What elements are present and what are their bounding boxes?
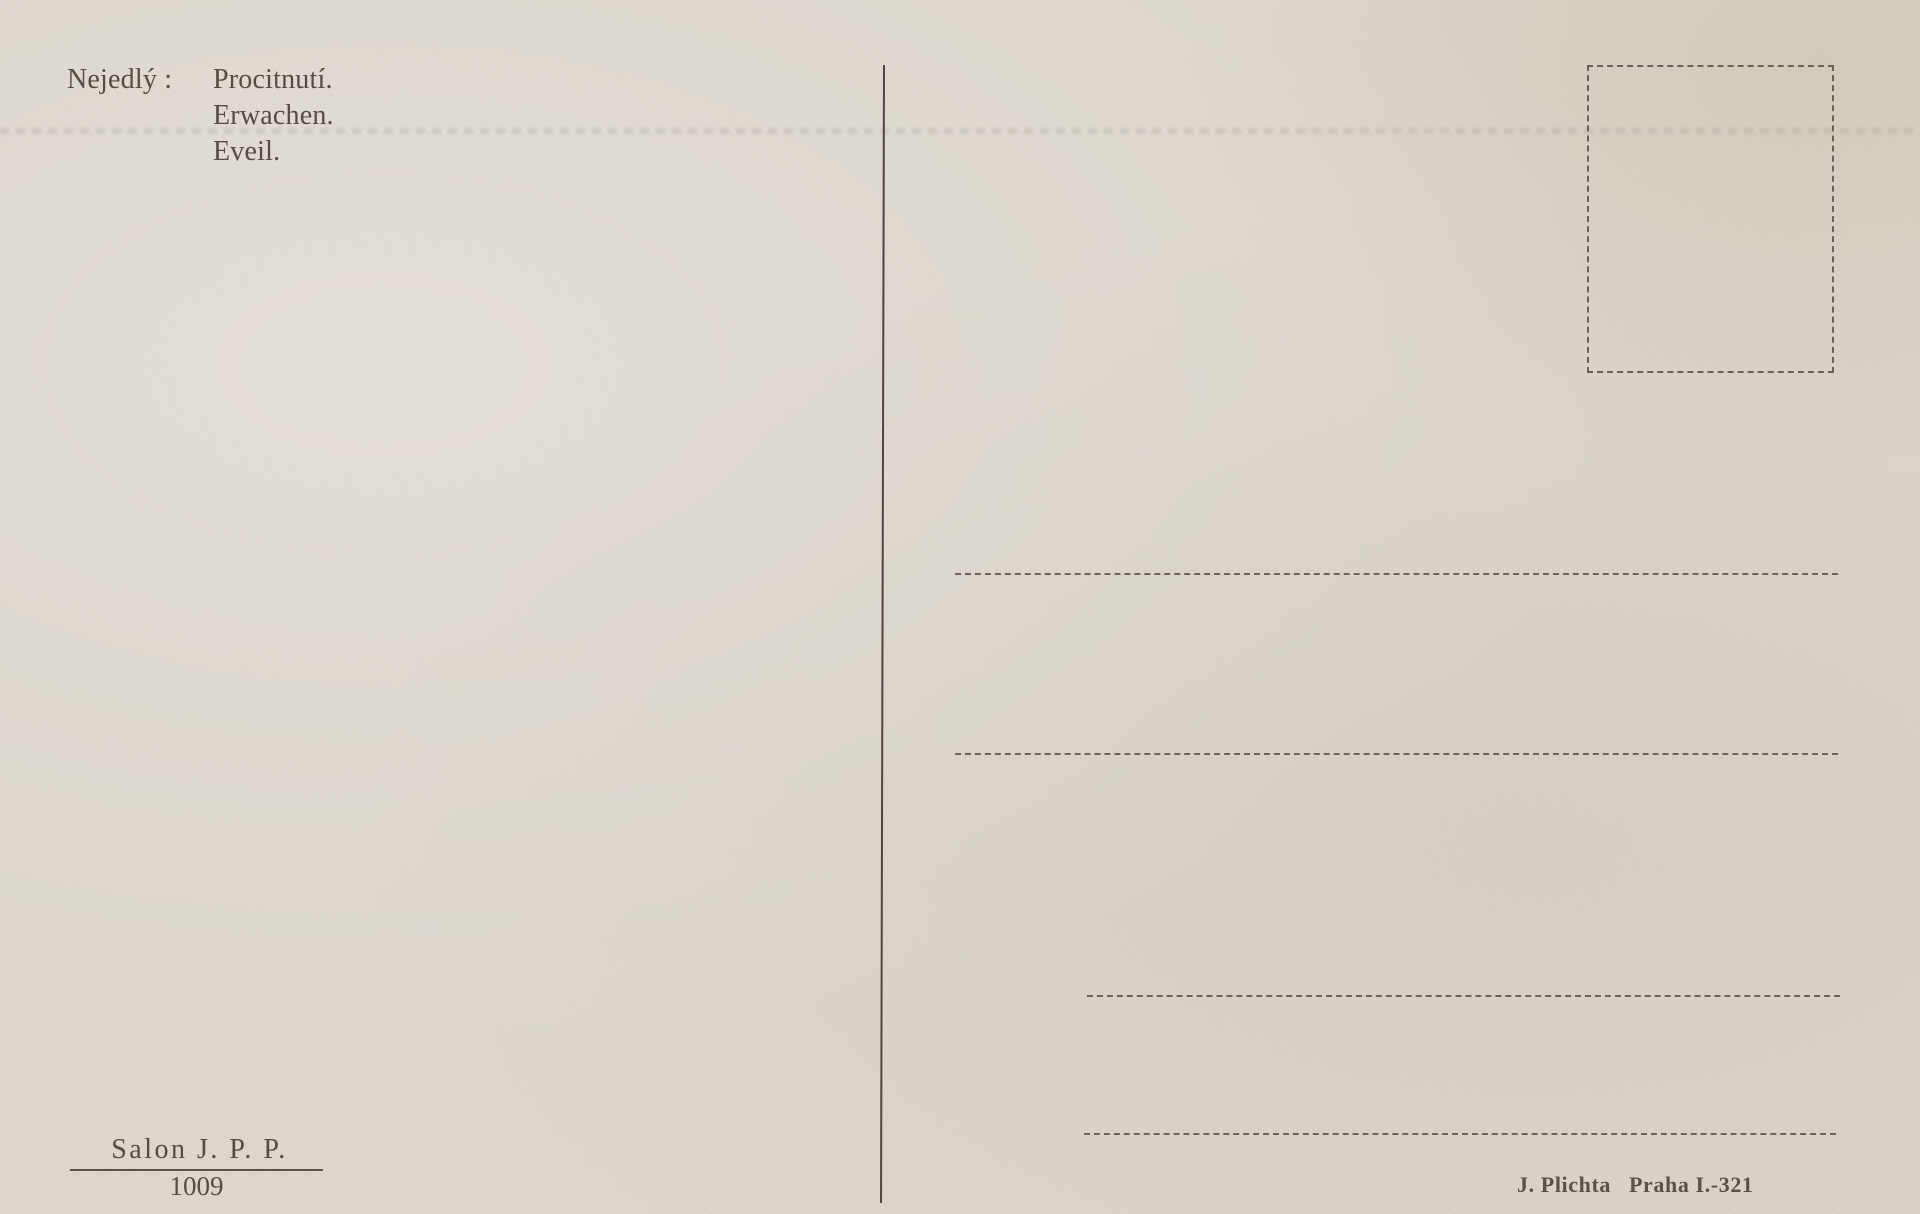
title-german: Erwachen. [213,98,334,134]
card-number: 1009 [70,1171,323,1201]
stamp-box [1587,65,1834,373]
postcard-back: Nejedlý : Procitnutí. Erwachen. Eveil. S… [0,0,1920,1214]
title-french: Eveil. [213,134,280,170]
title-row-czech: Nejedlý : Procitnutí. [67,62,334,98]
address-line-1 [955,573,1838,575]
artist-name: Nejedlý : [67,62,213,98]
printer-city-code: Praha I.-321 [1629,1172,1754,1197]
address-line-3 [1087,995,1840,997]
printer-imprint: J. PlichtaPraha I.-321 [1517,1172,1754,1198]
title-czech: Procitnutí. [213,62,333,98]
title-row-french: Eveil. [67,134,334,170]
publisher-name: Salon J. P. P. [70,1133,323,1167]
publisher-imprint: Salon J. P. P. 1009 [70,1133,323,1201]
message-address-divider [880,65,885,1203]
artwork-title-block: Nejedlý : Procitnutí. Erwachen. Eveil. [67,62,334,170]
address-line-2 [955,753,1838,755]
title-row-german: Erwachen. [67,98,334,134]
printer-name: J. Plichta [1517,1172,1611,1197]
address-line-4 [1084,1133,1836,1135]
